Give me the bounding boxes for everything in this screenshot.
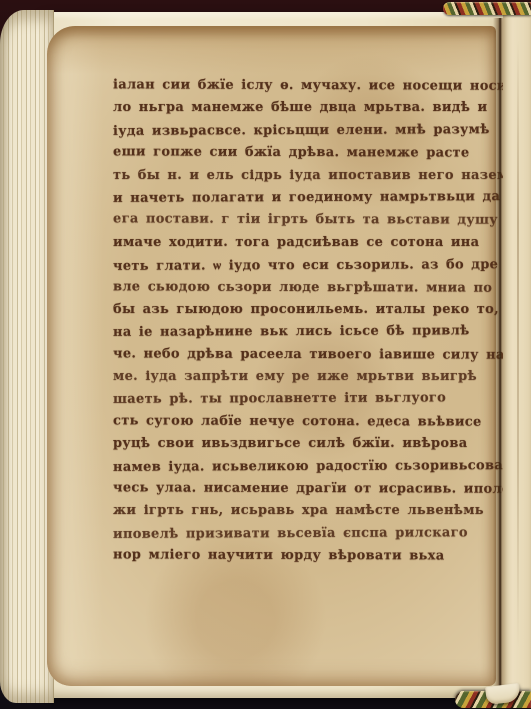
manuscript-line: чесь улаа. нисамение драгїи от исрасивь.… <box>113 480 495 504</box>
manuscript-line: іуда извьрасвсе. крісьцщи елени. мнѣ раз… <box>113 122 495 146</box>
manuscript-line: бы азь гыюдою просонильемь. италы реко т… <box>113 302 495 324</box>
fore-edge-page-stack <box>0 10 54 703</box>
manuscript-line: іалан сии бжїе іслу ѳ. мучаху. исе носещ… <box>113 77 495 101</box>
manuscript-line: ло ньгра манемже бѣше двца мрьтва. видѣ … <box>113 100 495 122</box>
manuscript-line: вле сьюдою сьзори люде вьгрѣшати. мниа п… <box>113 279 495 303</box>
manuscript-line: руцѣ свои ивьздвигьсе силѣ бжїи. ивѣрова <box>113 436 495 458</box>
manuscript-line: намев іуда. исьвеликою радостїю сьзоривь… <box>113 458 495 482</box>
open-book-photo: іалан сии бжїе іслу ѳ. мучаху. исе носещ… <box>0 0 531 709</box>
manuscript-line: четь глати. ѡ іудо что еси сьзориль. аз … <box>113 256 495 280</box>
manuscript-line: сть сугою лабїе нечуе сотона. едеса вьѣв… <box>113 413 495 437</box>
manuscript-line: иповелѣ призивати вьсевїа єпспа рилскаго <box>113 525 495 549</box>
manuscript-line: ть бы н. и ель сідрь іуда ипоставив него… <box>113 168 495 190</box>
manuscript-line: ега постави. г тіи ігрть быть та вьстави… <box>113 212 495 236</box>
manuscript-line: жи ігрть гнь, исьравь хра намѣсте львенѣ… <box>113 503 495 525</box>
manuscript-line: и начеть полагати и гоединому намрьтвьци… <box>113 189 495 213</box>
manuscript-line: на іе назарѣнине вьк лись ісьсе бѣ привл… <box>113 323 495 347</box>
facing-page-crease <box>517 40 519 649</box>
manuscript-line: нор мліего научити юрду вѣровати вьха <box>113 548 495 572</box>
manuscript-text-block: іалан сии бжїе іслу ѳ. мучаху. исе носещ… <box>113 78 495 571</box>
manuscript-line: имаче ходити. тога радсиѣвав се сотона и… <box>113 235 495 257</box>
manuscript-leaf: іалан сии бжїе іслу ѳ. мучаху. исе носещ… <box>47 26 496 686</box>
manuscript-line: че. небо дрѣва расеела тивоего іавише си… <box>113 346 495 370</box>
manuscript-line: ме. іуда запрѣти ему ре иже мрьтви вьигр… <box>113 369 495 391</box>
manuscript-line: шаеть рѣ. ты прославнетте іти вьглуого <box>113 391 495 415</box>
manuscript-line: еши гопже сии бжїа дрѣва. манемже расте <box>113 145 495 169</box>
headband-braid-top <box>443 2 531 15</box>
